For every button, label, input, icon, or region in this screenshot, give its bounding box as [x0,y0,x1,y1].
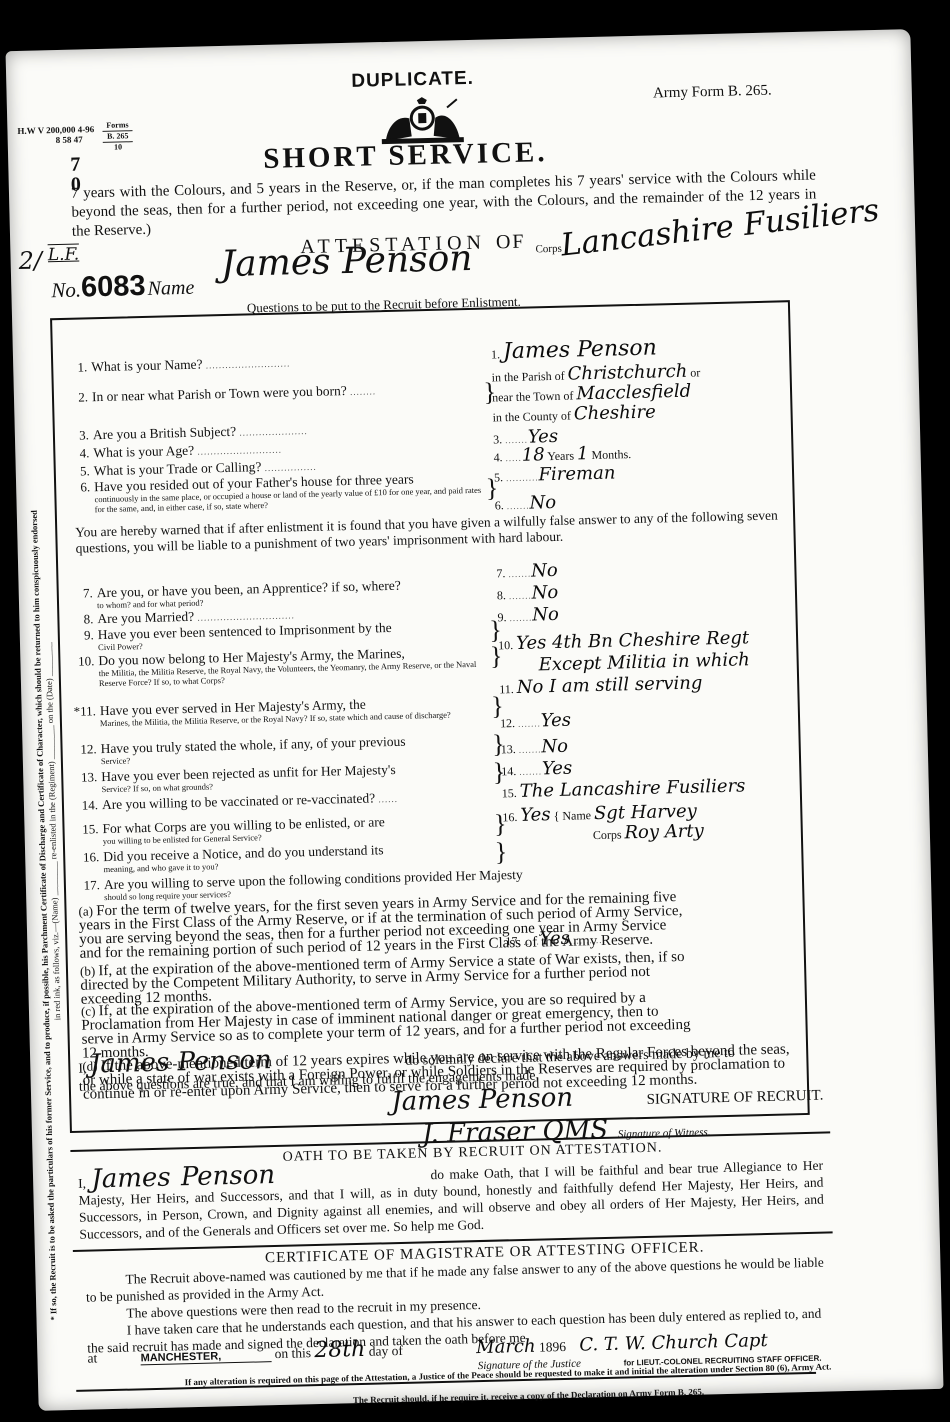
footer-copy-note: The Recruit should, if he require it, re… [278,1385,778,1407]
lbl-text: in the Parish of [491,369,564,385]
main-text: What is your Name? [91,357,203,375]
recruit-signature: James Penson [391,1083,573,1117]
dots-text: ....... [519,744,542,755]
oath-i: I, [78,1176,86,1191]
stamp-mark-1: 7 [70,154,80,174]
dots-text: ....... [509,591,532,602]
questions-box: 1.What is your Name? ...................… [50,300,810,1133]
duplicate-label: DUPLICATE. [351,68,474,93]
print-code: H.W V 200,000 4-96 8 58 47 [17,124,94,146]
service-number: 6083 [81,270,146,304]
hand-text: The Lancashire Fusiliers [520,775,746,802]
hand-text: No [531,560,558,582]
main-text: Are you a British Subject? [93,424,237,442]
dots-text: ..... [505,453,521,463]
n-text: 1. [65,359,87,375]
day-of-label: day of [369,1343,403,1359]
lbl-text: 15. [502,786,517,800]
lbl-text: 6. [495,498,504,512]
question-2: 2.In or near what Parish or Town were yo… [66,380,486,407]
recruit-name: James Penson [220,238,473,285]
n-text: 17. [78,877,100,893]
lbl-text: { [553,809,559,823]
n-text: 6. [68,479,90,495]
hand-text: 18 [522,444,545,466]
forms-label: Forms [102,120,132,132]
dots-text: .............................. [197,610,295,622]
n-text: 16. [77,849,99,865]
forms-number: B. 265 [103,131,133,143]
document-scan: H.W V 200,000 4-96 8 58 47 Forms B. 265 … [0,0,950,1422]
lbl-text: 13. [501,742,516,756]
lbl-text: 11. [499,682,514,696]
n-text: 12. [74,741,96,757]
hand-text: No I am still serving [517,672,703,698]
lbl-text: or [690,365,700,379]
n-text: 15. [76,821,98,837]
dots-text: .......................... [206,358,291,370]
hand-text: No [531,582,558,604]
lbl-text: 4. [493,450,502,464]
dots-text: .......................... [197,445,282,457]
hand-text: Yes [520,804,551,826]
on-this-label: on this [274,1345,311,1361]
main-text: What is your Age? [93,443,194,460]
main-text: Are you Married? [97,609,194,626]
day-value: 28th [314,1337,366,1363]
n-text: 7. [71,585,93,601]
lbl-text: Name [562,808,591,823]
n-text: 13. [75,769,97,785]
at-label: at [87,1350,97,1365]
brace-text: } [494,839,507,865]
dots-text: ....... [508,569,531,580]
questions-column: 1.What is your Name? ...................… [65,340,475,350]
recruit-signature-label: SIGNATURE OF RECRUIT. [646,1088,823,1108]
dots-text: ...... [378,794,398,804]
lbl-text: 5. [494,470,503,484]
lbl-text: 10. [498,638,513,652]
lbl-text: 14. [501,764,516,778]
declaration-name: James Penson [90,1045,272,1079]
regiment-mark-abbrev: L.F. [48,245,80,266]
hand-text: 1 [577,443,589,464]
of-word: OF [496,231,526,254]
dots-text: ........ [350,386,376,397]
attestation-form-paper: H.W V 200,000 4-96 8 58 47 Forms B. 265 … [6,29,944,1411]
lbl-text: 12. [500,716,515,730]
witness-label: Signature of Witness. [618,1126,711,1140]
form-title: SHORT SERVICE. [263,136,548,176]
lbl-text: Corps [593,827,622,842]
n-text: 9. [72,627,94,643]
print-code-line2: 8 58 47 [18,134,95,146]
lbl-text: near the Town of [492,388,574,404]
hand-text: No [541,736,568,758]
lbl-text: Years [547,448,574,463]
question-11: *11.Have you ever served in Her Majesty'… [73,694,493,729]
main-text: In or near what Parish or Town were you … [92,383,347,404]
dots-text: ..................... [239,426,307,438]
dots-text: ................ [265,462,317,473]
n-text: 2. [66,389,88,405]
forms-qty: 10 [103,142,133,153]
dots-text: ....... [518,718,541,729]
hand-text: Cheshire [574,401,656,424]
lbl-text: 8. [497,588,506,602]
lbl-text: 7. [496,566,505,580]
n-text: *11. [73,703,96,719]
dots-text: ....... [505,435,528,446]
oath-text: I, James Penson do make Oath, that I wil… [78,1154,825,1243]
place-value: MANCHESTER, [140,1349,271,1365]
forms-fraction: Forms B. 265 10 [102,120,133,153]
hand-text: Fireman [538,462,615,485]
lbl-text: 16. [502,810,517,824]
regiment-mark-fraction: 2/ [18,246,42,275]
n-text: 4. [67,445,89,461]
dots-text: .......... [506,472,539,483]
hand-text: James Penson [503,335,657,364]
n-text: 3. [67,427,89,443]
regiment-mark: 2/L.F. [18,245,79,275]
lbl-text: in the County of [492,409,571,425]
lbl-text: 9. [497,610,506,624]
hand-text: No [532,604,559,626]
lbl-text: 1. [491,347,500,361]
question-1: 1.What is your Name? ...................… [65,350,485,377]
n-text: 8. [71,611,93,627]
hand-text: No [529,492,556,514]
army-form-number: Army Form B. 265. [653,83,772,103]
answers-column: 1. James Penson in the Parish of Christc… [490,322,790,329]
hand-text: Roy Arty [624,820,704,843]
n-text: 10. [72,653,94,669]
declaration-i: I, [78,1062,87,1077]
month-value: March [476,1336,536,1358]
name-label: Name [147,277,194,300]
corps-label: Corps [535,243,562,256]
false-answer-warning: You are hereby warned that if after enli… [75,507,796,557]
n-text: 5. [68,463,90,479]
answer-12: 12. .......Yes [500,704,790,732]
n-text: 14. [76,797,98,813]
number-label: No. [51,277,81,302]
lbl-text: Months. [591,447,631,462]
dots-text: ....... [519,766,542,777]
dots-text: ....... [509,613,532,624]
year-value: 1896 [539,1339,566,1355]
main-text: Are you willing to be vaccinated or re-v… [102,790,376,812]
dots-text: ....... [507,501,530,512]
service-number-row: No.6083Name [51,269,195,305]
hand-text: Yes [541,710,572,732]
hand-text: Yes [542,758,573,780]
